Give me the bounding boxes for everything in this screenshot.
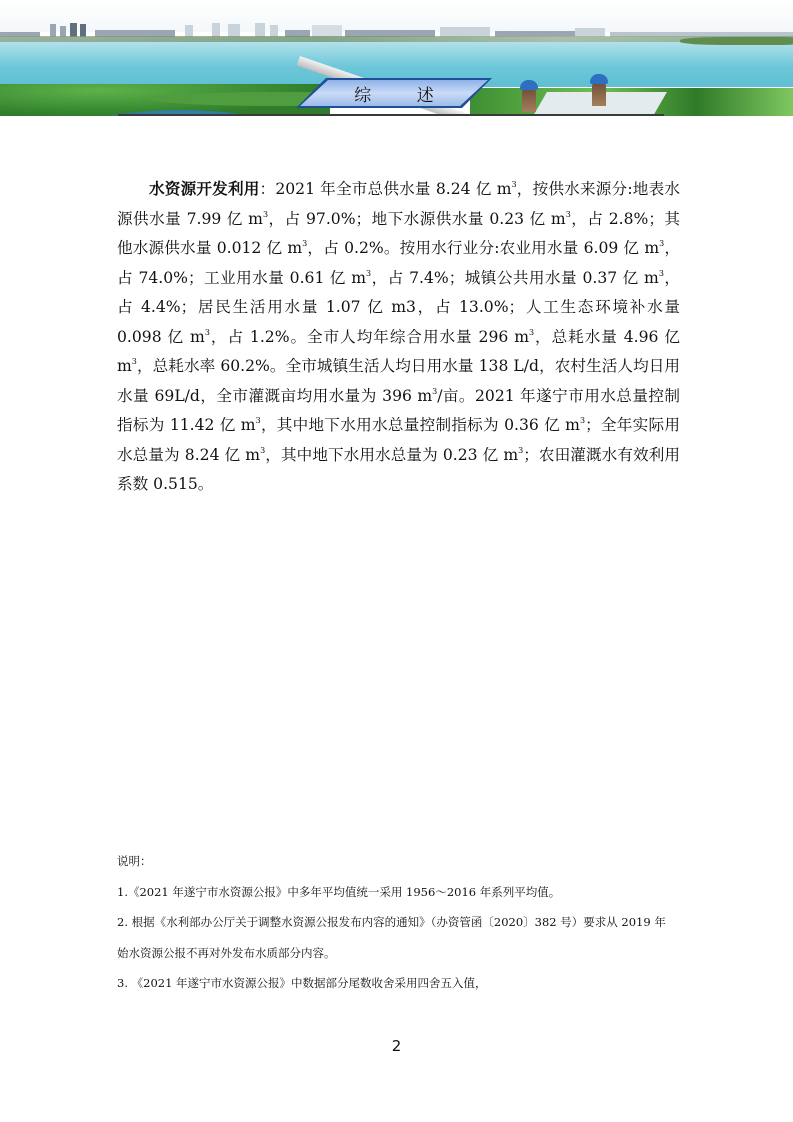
text-segment: ：2021 年全市总供水量 8.24 亿 m [260, 180, 512, 198]
note-item: 1.《2021 年遂宁市水资源公报》中多年平均值统一采用 1956～2016 年… [117, 877, 683, 908]
header-banner: 综 述 [0, 0, 793, 116]
note-item: 始水资源公报不再对外发布水质部分内容。 [117, 938, 683, 969]
note-item: 2. 根据《水利部办公厅关于调整水资源公报发布内容的通知》（办资管函〔2020〕… [117, 907, 683, 938]
dome-tower-icon [592, 80, 606, 106]
page-number: 2 [0, 1037, 793, 1055]
main-content: 水资源开发利用：2021 年全市总供水量 8.24 亿 m3，按供水来源分:地表… [117, 175, 680, 500]
text-segment: ，占 1.2%。全市人均年综合用水量 296 m [210, 328, 529, 346]
text-segment: ，占 97.0%；地下水源供水量 0.23 亿 m [268, 210, 566, 228]
far-shoreline [0, 36, 793, 42]
section-title: 综 述 [334, 81, 453, 106]
section-title-plate: 综 述 [300, 80, 488, 106]
paragraph-lead: 水资源开发利用 [149, 180, 260, 198]
island [680, 37, 793, 45]
notes-heading: 说明： [117, 846, 683, 877]
text-segment: ，其中地下水用水总量为 0.23 亿 m [265, 446, 518, 464]
text-segment: ，占 0.2%。按用水行业分:农业用水量 6.09 亿 m [307, 239, 659, 257]
water-resources-paragraph: 水资源开发利用：2021 年全市总供水量 8.24 亿 m3，按供水来源分:地表… [117, 175, 680, 500]
dome-tower-icon [522, 86, 536, 112]
note-item: 3. 《2021 年遂宁市水资源公报》中数据部分尾数收舍采用四舍五入值， [117, 968, 683, 999]
text-segment: ，其中地下水用水总量控制指标为 0.36 亿 m [261, 416, 580, 434]
notes-section: 说明： 1.《2021 年遂宁市水资源公报》中多年平均值统一采用 1956～20… [117, 846, 683, 999]
banner-divider [118, 114, 664, 116]
text-segment: ，占 7.4%；城镇公共用水量 0.37 亿 m [371, 269, 659, 287]
